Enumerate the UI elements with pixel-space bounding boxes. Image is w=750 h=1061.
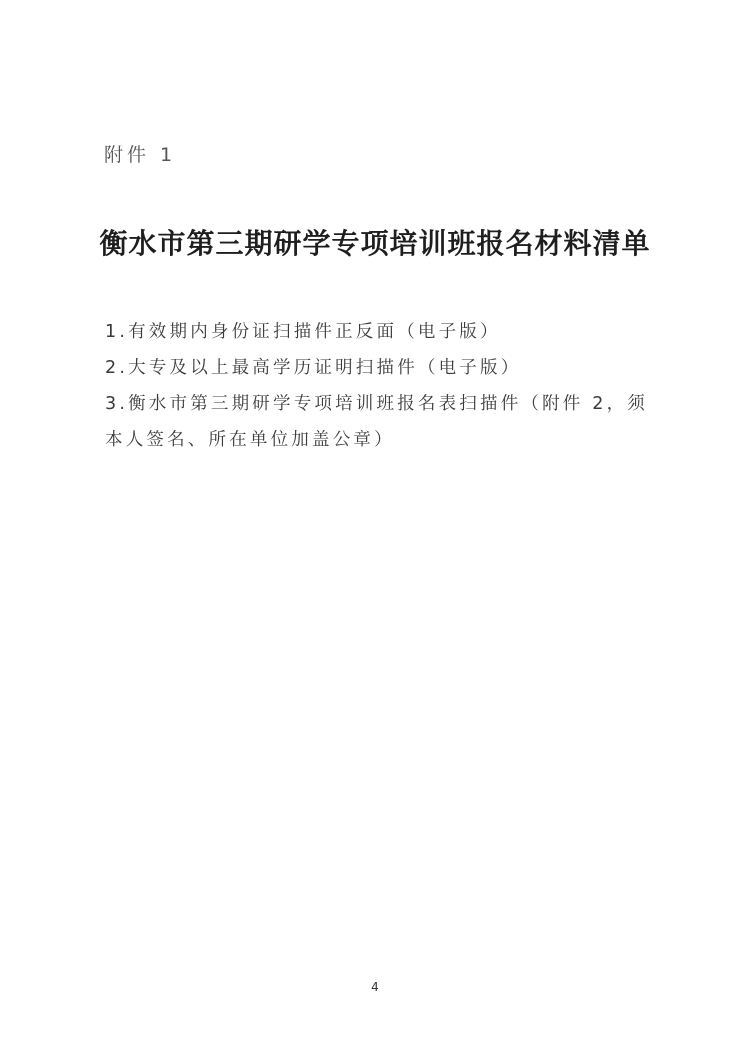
materials-list: 1.有效期内身份证扫描件正反面（电子版） 2.大专及以上最高学历证明扫描件（电子… [105,314,665,458]
page-number: 4 [0,980,750,994]
list-item: 3.衡水市第三期研学专项培训班报名表扫描件（附件 2，须本人签名、所在单位加盖公… [105,386,665,458]
list-item: 1.有效期内身份证扫描件正反面（电子版） [105,314,665,350]
attachment-label: 附件 1 [104,140,176,167]
document-title: 衡水市第三期研学专项培训班报名材料清单 [0,222,750,262]
list-item: 2.大专及以上最高学历证明扫描件（电子版） [105,350,665,386]
document-page: 附件 1 衡水市第三期研学专项培训班报名材料清单 1.有效期内身份证扫描件正反面… [0,0,750,1061]
